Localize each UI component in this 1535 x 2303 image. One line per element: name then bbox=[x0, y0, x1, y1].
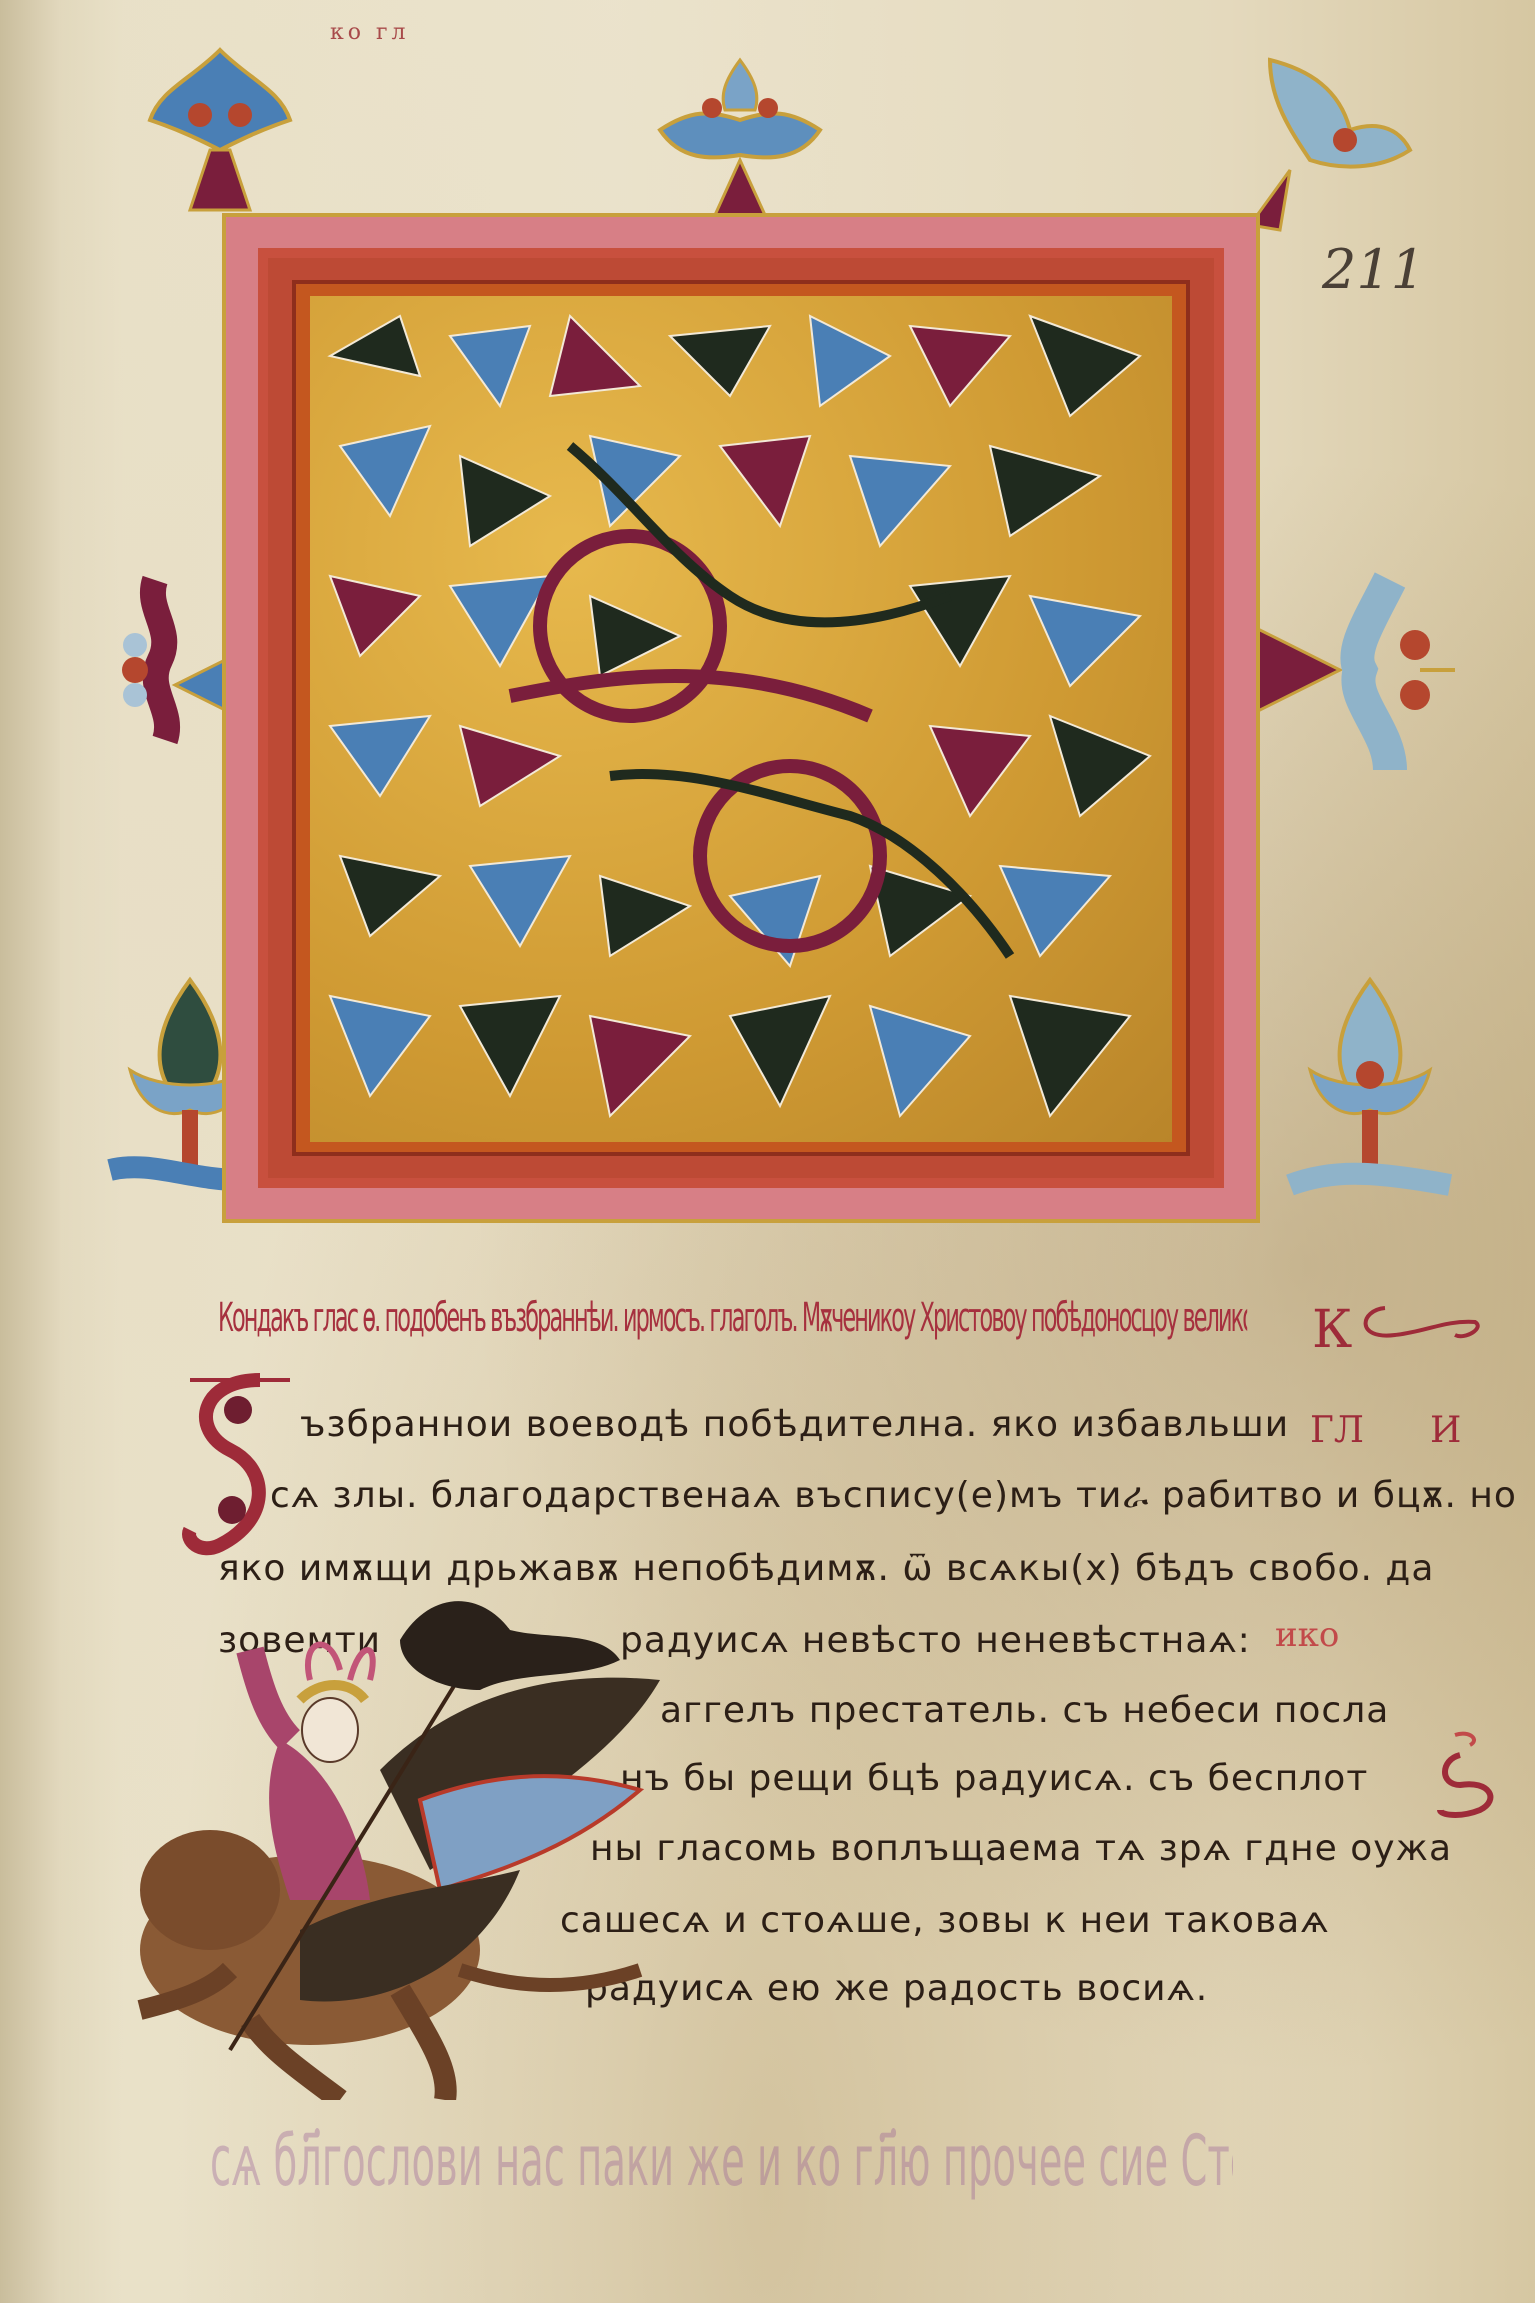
margin-red-note: ико bbox=[1275, 1615, 1339, 1655]
text-line-8: ны гласомь воплъщаема тѧ зрѧ гдне оужа bbox=[590, 1828, 1452, 1869]
margin-glas-label: ГЛ bbox=[1310, 1410, 1364, 1451]
text-line-6: аггелъ престатель. съ небеси посла bbox=[660, 1690, 1389, 1731]
page-gutter bbox=[0, 0, 60, 2303]
finial-top-left-icon bbox=[120, 30, 320, 230]
margin-flourish-icon bbox=[1355, 1300, 1485, 1350]
faint-show-through-text: сѧ бл҃гослови нас паки же и ко гл҃ю проч… bbox=[210, 2120, 1233, 2210]
title-rubric: Кондакъ глас ѳ. подобенъ възбраннѣи. ирм… bbox=[218, 1288, 1247, 1348]
headpiece-gold-field bbox=[310, 296, 1172, 1142]
text-line-1: ъзбраннои воеводѣ побѣдителна. яко избав… bbox=[300, 1404, 1289, 1445]
decorated-initial-icon bbox=[180, 1370, 300, 1560]
top-margin-note: ко гл bbox=[330, 20, 410, 45]
text-line-10: радуисѧ ею же радость восиѧ. bbox=[585, 1968, 1208, 2009]
finial-right-middle-icon bbox=[1240, 560, 1460, 780]
margin-red-mark-icon bbox=[1430, 1730, 1510, 1820]
text-line-5: радуисѧ невѣсто неневѣстнаѧ: bbox=[620, 1620, 1251, 1661]
margin-number-label: И bbox=[1430, 1410, 1461, 1451]
finial-top-center-icon bbox=[640, 10, 840, 220]
finial-bottom-right-flower-icon bbox=[1270, 960, 1470, 1220]
miniature-winged-rider-icon bbox=[100, 1570, 660, 2100]
interlace-ornament-icon bbox=[310, 296, 1172, 1142]
text-line-2: сѧ злы. благодарственаѧ въспису(е)мъ тиራ… bbox=[270, 1475, 1517, 1517]
text-line-9: сашесѧ и стоѧше, зовы к неи таковаѧ bbox=[560, 1900, 1329, 1941]
text-line-7: нъ бы рещи бцѣ радуисѧ. съ бесплот bbox=[620, 1758, 1368, 1799]
margin-letter-k: К bbox=[1312, 1300, 1352, 1360]
finial-top-right-icon bbox=[1230, 40, 1430, 240]
folio-number: 211 bbox=[1322, 238, 1425, 301]
